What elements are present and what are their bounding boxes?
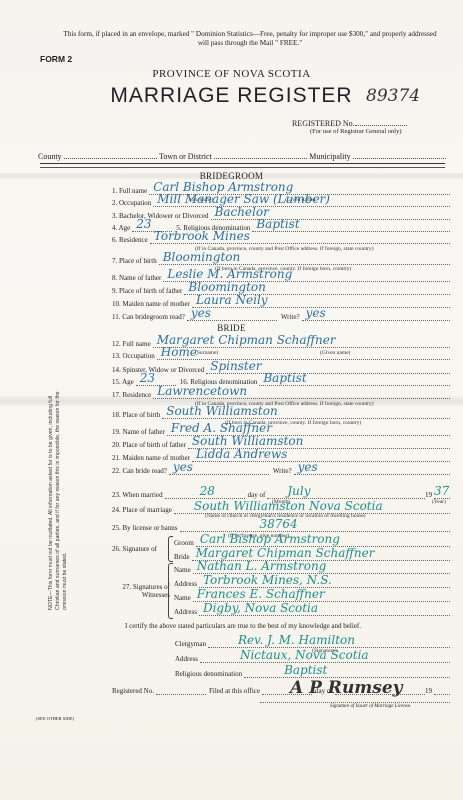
witness2-address-value: Digby, Nova Scotia [203, 601, 318, 615]
issuer-caption: Signature of Issuer of Marriage License. [330, 704, 411, 709]
field-line: Baptist [252, 221, 450, 232]
field-line: 28 [165, 488, 245, 499]
marriage-month-value: July [287, 484, 310, 498]
filed-year-field [434, 684, 450, 695]
bride-write-value: yes [298, 460, 318, 474]
field-label: 10. Maiden name of mother [112, 300, 190, 308]
field-label: 23. When married [112, 491, 163, 499]
field-line: Nictaux, Nova Scotia [200, 652, 450, 663]
clergyman-denomination-value: Baptist [284, 663, 327, 677]
bride-residence-value: Lawrencetown [157, 384, 247, 398]
marriage-place-value: South Williamston Nova Scotia [194, 499, 383, 513]
see-other-side-note: [SEE OTHER SIDE] [36, 716, 74, 721]
field-label: Write? [281, 313, 300, 321]
groom-signature-value: Carl Bishop Armstrong [200, 532, 340, 546]
field-label: Clergyman [175, 640, 206, 648]
clergyman-value: Rev. J. M. Hamilton [238, 633, 355, 647]
field-line: yes [169, 464, 269, 475]
field-label: 3. Bachelor, Widower or Divorced [112, 212, 209, 220]
county-label: County [38, 152, 62, 161]
marriage-year-value: 37 [434, 484, 449, 498]
groom-residence-value: Torbrook Mines [154, 229, 250, 243]
field-line: South Williamston [162, 408, 450, 419]
groom-literacy-row: 11. Can bridegroom read? yes Write? yes [112, 309, 450, 321]
province-heading: PROVINCE OF NOVA SCOTIA [0, 68, 463, 80]
field-label: 12. Full name [112, 340, 151, 348]
registered-number-field: REGISTERED No. [292, 119, 407, 128]
field-line: Digby, Nova Scotia [199, 605, 450, 616]
registered-number-note: (For use of Registrar General only) [310, 128, 402, 135]
field-label: day of [248, 491, 266, 499]
field-line: 38764 [180, 521, 450, 532]
witnesses-label: 27. Signatures of Witnesses [110, 583, 170, 599]
groom-age-value: 23 [136, 217, 151, 231]
field-label: 4. Age [112, 224, 130, 232]
field-line: Bachelor [211, 209, 451, 220]
field-line: Lawrencetown [153, 388, 450, 399]
town-label: Town or District [159, 152, 212, 161]
groom-write-value: yes [306, 306, 326, 320]
field-line: Margaret Chipman Schaffner [153, 337, 450, 348]
field-label: 24. Place of marriage [112, 506, 172, 514]
field-line: Bloomington [159, 254, 450, 265]
signature-of-label: 26. Signature of [112, 545, 157, 553]
issuer-signature: A P Rumsey [290, 678, 403, 698]
bride-heading: BRIDE [0, 323, 463, 333]
field-line: yes [187, 310, 277, 321]
bride-occupation-row: 13. Occupation Home [112, 348, 450, 360]
handwritten-register-number: 89374 [366, 86, 420, 106]
groom-mother-value: Laura Neily [196, 293, 268, 307]
clergyman-denomination-row: Religious denomination Baptist [175, 666, 450, 678]
field-label: Filed at this office [209, 687, 260, 695]
field-line: Baptist [259, 375, 450, 386]
field-label: Registered No. [112, 687, 154, 695]
groom-religion-value: Baptist [256, 217, 299, 231]
double-rule-divider [40, 163, 445, 168]
groom-occupation-value: Mill Manager Saw (Lumber) [157, 192, 330, 206]
side-note: NOTE—This form must not be mutilated. Al… [48, 380, 69, 610]
field-label: 17. Residence [112, 391, 151, 399]
groom-occupation-row: 2. Occupation Mill Manager Saw (Lumber) [112, 195, 450, 207]
field-label: 25. By license or banns [112, 524, 178, 532]
field-label: 6. Residence [112, 236, 148, 244]
field-label: 19. Name of father [112, 428, 165, 436]
license-row: 25. By license or banns 38764 [112, 520, 450, 532]
field-line: Mill Manager Saw (Lumber) [153, 196, 450, 207]
groom-father-birthplace-value: Bloomington [188, 280, 266, 294]
clergyman-address-value: Nictaux, Nova Scotia [240, 648, 369, 662]
location-row: County Town or District Municipality [38, 152, 448, 161]
bride-age-value: 23 [140, 371, 155, 385]
bride-birthplace-row: 18. Place of birth South Williamston [112, 407, 450, 419]
bride-mother-row: 21. Maiden name of mother Lidda Andrews [112, 450, 450, 462]
field-label: Groom [174, 539, 194, 547]
registered-no-field [156, 684, 206, 695]
witness2-address-row: Address Digby, Nova Scotia [174, 604, 450, 616]
field-label: Address [174, 608, 197, 616]
field-label: 13. Occupation [112, 352, 155, 360]
witness2-name-value: Frances E. Schaffner [197, 587, 325, 601]
municipality-field [353, 152, 446, 159]
field-label: 19 [425, 491, 432, 499]
brace [168, 563, 173, 619]
registered-number-line [355, 125, 407, 126]
field-line: Spinster [206, 363, 450, 374]
groom-residence-row: 6. Residence Torbrook Mines [112, 232, 450, 244]
field-label: 2. Occupation [112, 199, 151, 207]
groom-father-birthplace-row: 9. Place of birth of father Bloomington [112, 283, 450, 295]
bride-father-value: Fred A. Shaffner [171, 421, 272, 435]
field-line: yes [302, 310, 450, 321]
town-field [214, 152, 307, 159]
field-line: yes [294, 464, 450, 475]
bride-religion-value: Baptist [263, 371, 306, 385]
issuer-signature-line [260, 702, 450, 703]
field-line: Torbrook Mines [150, 233, 450, 244]
marriage-day-value: 28 [200, 484, 215, 498]
field-label: Write? [273, 467, 292, 475]
witness1-name-value: Nathan L. Armstrong [197, 559, 327, 573]
field-label: 11. Can bridegroom read? [112, 313, 185, 321]
form-label: FORM 2 [40, 54, 72, 64]
certification-statement: I certify the above stated particulars a… [125, 622, 361, 630]
field-label: Religious denomination [175, 670, 242, 678]
field-line: Home [157, 349, 450, 360]
groom-birthplace-value: Bloomington [163, 250, 241, 264]
bride-marital-status-value: Spinster [210, 359, 261, 373]
bride-read-value: yes [173, 460, 193, 474]
postage-notice: This form, if placed in an envelope, mar… [60, 30, 440, 48]
field-label: 18. Place of birth [112, 411, 160, 419]
field-label: 15. Age [112, 378, 134, 386]
field-label: 22. Can bride read? [112, 467, 167, 475]
license-number-value: 38764 [260, 517, 298, 531]
field-label: 19 [425, 687, 432, 695]
bride-mother-value: Lidda Andrews [196, 447, 287, 461]
field-label: 14. Spinster, Widow or Divorced [112, 366, 204, 374]
field-label: Name [174, 566, 191, 574]
clergyman-address-row: Address Nictaux, Nova Scotia [175, 651, 450, 663]
marriage-date-row: 23. When married 28 day of July 19 37 [112, 487, 450, 499]
groom-father-row: 8. Name of father Leslie M. Armstrong [112, 270, 450, 282]
groom-read-value: yes [191, 306, 211, 320]
witness1-address-value: Torbrook Mines, N.S. [203, 573, 332, 587]
groom-birthplace-row: 7. Place of birth Bloomington [112, 253, 450, 265]
field-label: Name [174, 594, 191, 602]
field-label: 7. Place of birth [112, 257, 157, 265]
field-label: 8. Name of father [112, 274, 161, 282]
clergyman-row: Clergyman Rev. J. M. Hamilton [175, 636, 450, 648]
field-label: Address [174, 580, 197, 588]
brace [168, 536, 173, 562]
field-line: 37 [434, 488, 450, 499]
field-label: 20. Place of birth of father [112, 441, 186, 449]
field-line: Baptist [244, 667, 450, 678]
bride-occupation-value: Home [161, 345, 197, 359]
bride-residence-row: 17. Residence Lawrencetown [112, 387, 450, 399]
bride-literacy-row: 22. Can bride read? yes Write? yes [112, 463, 450, 475]
municipality-label: Municipality [309, 152, 350, 161]
bride-birthplace-value: South Williamston [166, 404, 277, 418]
bride-signature-value: Margaret Chipman Schaffner [196, 546, 375, 560]
field-line: Rev. J. M. Hamilton [208, 637, 450, 648]
field-label: 1. Full name [112, 187, 147, 195]
field-line: Lidda Andrews [192, 451, 450, 462]
groom-father-value: Leslie M. Armstrong [167, 267, 292, 281]
bride-father-birthplace-value: South Williamston [192, 434, 303, 448]
field-label: Bride [174, 553, 190, 561]
field-label: Address [175, 655, 198, 663]
marriage-register-document: This form, if placed in an envelope, mar… [0, 0, 463, 800]
field-label: 9. Place of birth of father [112, 287, 182, 295]
county-field [64, 152, 157, 159]
groom-mother-row: 10. Maiden name of mother Laura Neily [112, 296, 450, 308]
field-line: July [267, 488, 425, 499]
registered-number-label: REGISTERED No. [292, 119, 355, 128]
